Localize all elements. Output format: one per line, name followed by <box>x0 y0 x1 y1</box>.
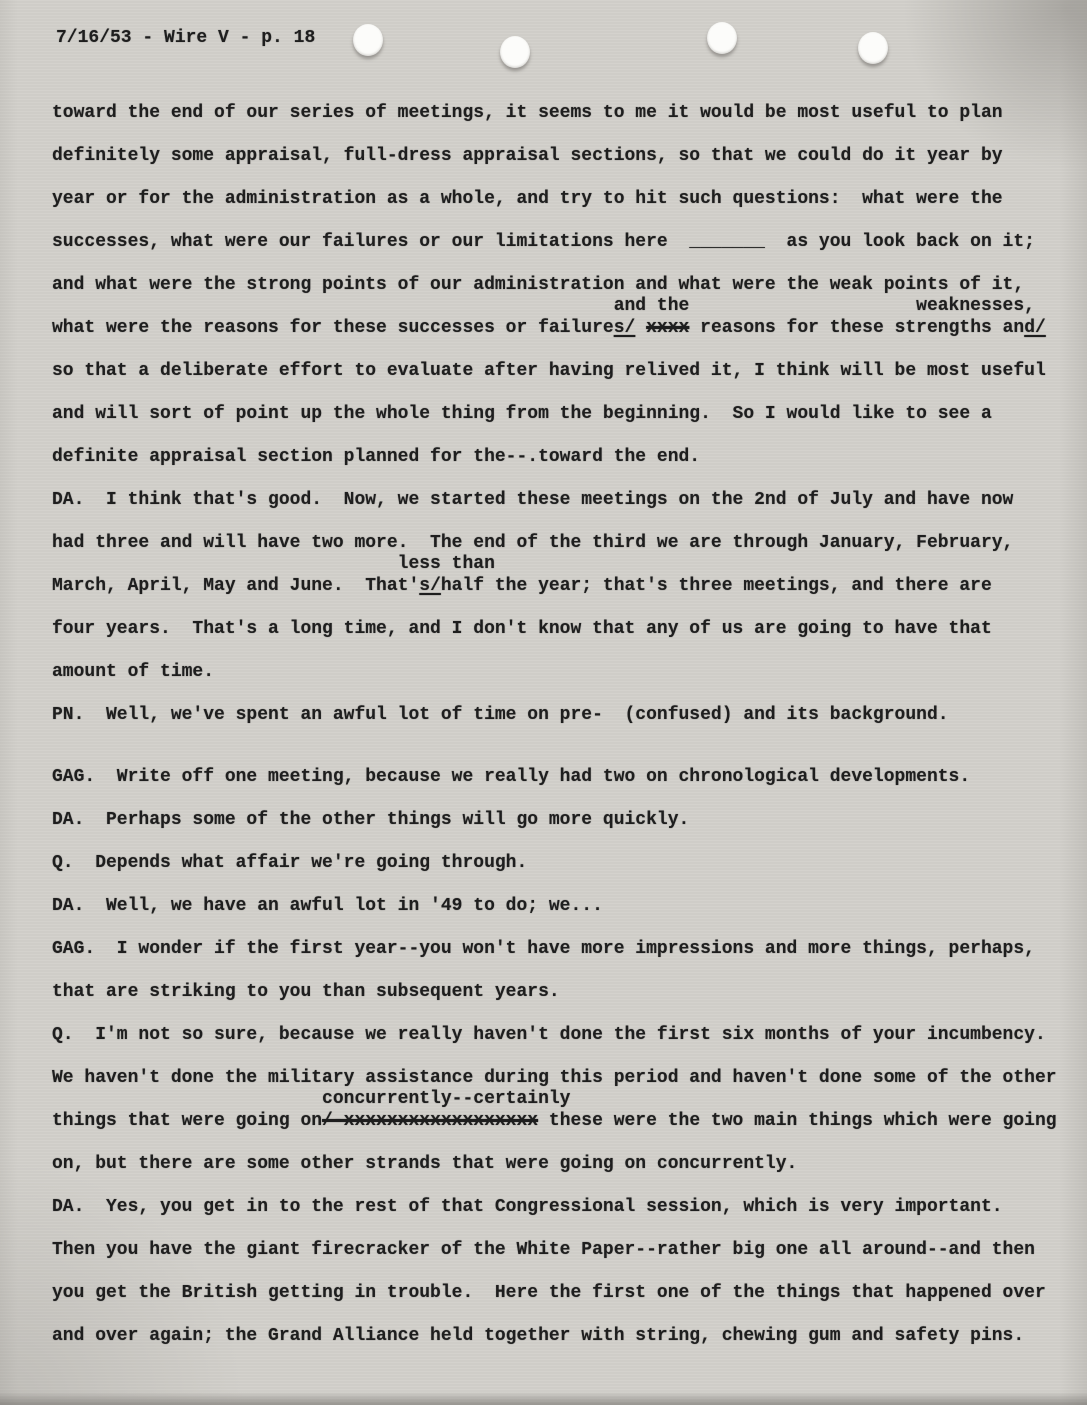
document-line: that are striking to you than subsequent… <box>52 971 1087 1014</box>
text-segment: that are striking to you than subsequent… <box>52 982 560 1002</box>
text-segment: definitely some appraisal, full-dress ap… <box>52 146 1003 166</box>
scanned-document-page: 7/16/53 - Wire V - p. 18 toward the end … <box>0 0 1087 1405</box>
punch-hole <box>707 22 737 54</box>
text-segment: DA. I think that's good. Now, we started… <box>52 490 1013 510</box>
text-segment: half the year; that's three meetings, an… <box>441 576 992 596</box>
document-line: DA. Well, we have an awful lot in '49 to… <box>52 885 1087 928</box>
document-line: GAG. Write off one meeting, because we r… <box>52 756 1087 799</box>
document-line: so that a deliberate effort to evaluate … <box>52 350 1087 393</box>
text-segment: four years. That's a long time, and I do… <box>52 619 992 639</box>
document-line: March, April, May and June. That's/half … <box>52 565 1087 608</box>
text-segment: GAG. Write off one meeting, because we r… <box>52 767 970 787</box>
page-header: 7/16/53 - Wire V - p. 18 <box>0 0 1087 50</box>
document-line: DA. I think that's good. Now, we started… <box>52 479 1087 522</box>
document-body: toward the end of our series of meetings… <box>0 92 1087 1358</box>
text-segment-strike: xxxx <box>646 318 689 338</box>
text-segment: Q. I'm not so sure, because we really ha… <box>52 1025 1046 1045</box>
document-line: and will sort of point up the whole thin… <box>52 393 1087 436</box>
punch-hole <box>858 32 888 64</box>
text-segment: so that a deliberate effort to evaluate … <box>52 361 1046 381</box>
document-line: DA. Yes, you get in to the rest of that … <box>52 1186 1087 1229</box>
text-segment-underline: s/ <box>614 318 636 338</box>
text-segment: had three and will have two more. The en… <box>52 533 1013 553</box>
document-line: PN. Well, we've spent an awful lot of ti… <box>52 694 1087 737</box>
document-line: successes, what were our failures or our… <box>52 221 1087 264</box>
document-line: what were the reasons for these successe… <box>52 307 1087 350</box>
text-segment: you get the British getting in trouble. … <box>52 1283 1046 1303</box>
text-segment: toward the end of our series of meetings… <box>52 103 1003 123</box>
document-line: you get the British getting in trouble. … <box>52 1272 1087 1315</box>
text-segment: these were the two main things which wer… <box>538 1111 1056 1131</box>
text-segment: on, but there are some other strands tha… <box>52 1154 797 1174</box>
document-line: definitely some appraisal, full-dress ap… <box>52 135 1087 178</box>
document-line: on, but there are some other strands tha… <box>52 1143 1087 1186</box>
text-segment-underline: d/ <box>1024 318 1046 338</box>
document-line: things that were going on/-xxxxxxxxxxxxx… <box>52 1100 1087 1143</box>
text-segment: Q. Depends what affair we're going throu… <box>52 853 527 873</box>
punch-hole <box>500 36 530 68</box>
document-line: definite appraisal section planned for t… <box>52 436 1087 479</box>
text-segment <box>635 318 646 338</box>
text-segment: successes, what were our failures or our… <box>52 232 1035 252</box>
text-segment: and what were the strong points of our a… <box>52 275 1024 295</box>
text-segment: PN. Well, we've spent an awful lot of ti… <box>52 705 949 725</box>
document-line: DA. Perhaps some of the other things wil… <box>52 799 1087 842</box>
text-segment-underline: s/ <box>419 576 441 596</box>
text-segment: March, April, May and June. That' <box>52 576 419 596</box>
document-line: amount of time. <box>52 651 1087 694</box>
text-segment: DA. Perhaps some of the other things wil… <box>52 810 689 830</box>
document-line: toward the end of our series of meetings… <box>52 92 1087 135</box>
text-segment: and over again; the Grand Alliance held … <box>52 1326 1024 1346</box>
text-segment: DA. Well, we have an awful lot in '49 to… <box>52 896 603 916</box>
punch-hole <box>353 24 383 56</box>
text-segment: We haven't done the military assistance … <box>52 1068 1057 1088</box>
text-segment: things that were going on <box>52 1111 322 1131</box>
document-line: Q. Depends what affair we're going throu… <box>52 842 1087 885</box>
text-segment: DA. Yes, you get in to the rest of that … <box>52 1197 1003 1217</box>
document-line: Then you have the giant firecracker of t… <box>52 1229 1087 1272</box>
text-segment: Then you have the giant firecracker of t… <box>52 1240 1035 1260</box>
document-line: four years. That's a long time, and I do… <box>52 608 1087 651</box>
document-line: year or for the administration as a whol… <box>52 178 1087 221</box>
text-segment: year or for the administration as a whol… <box>52 189 1003 209</box>
text-segment: reasons for these strengths an <box>689 318 1024 338</box>
text-segment: GAG. I wonder if the first year--you won… <box>52 939 1035 959</box>
text-segment: what were the reasons for these successe… <box>52 318 614 338</box>
text-segment-strike: /-xxxxxxxxxxxxxxxxxx <box>322 1111 538 1131</box>
document-line: Q. I'm not so sure, because we really ha… <box>52 1014 1087 1057</box>
text-segment: amount of time. <box>52 662 214 682</box>
text-segment: definite appraisal section planned for t… <box>52 447 700 467</box>
document-line: GAG. I wonder if the first year--you won… <box>52 928 1087 971</box>
document-line: and over again; the Grand Alliance held … <box>52 1315 1087 1358</box>
text-segment: and will sort of point up the whole thin… <box>52 404 992 424</box>
